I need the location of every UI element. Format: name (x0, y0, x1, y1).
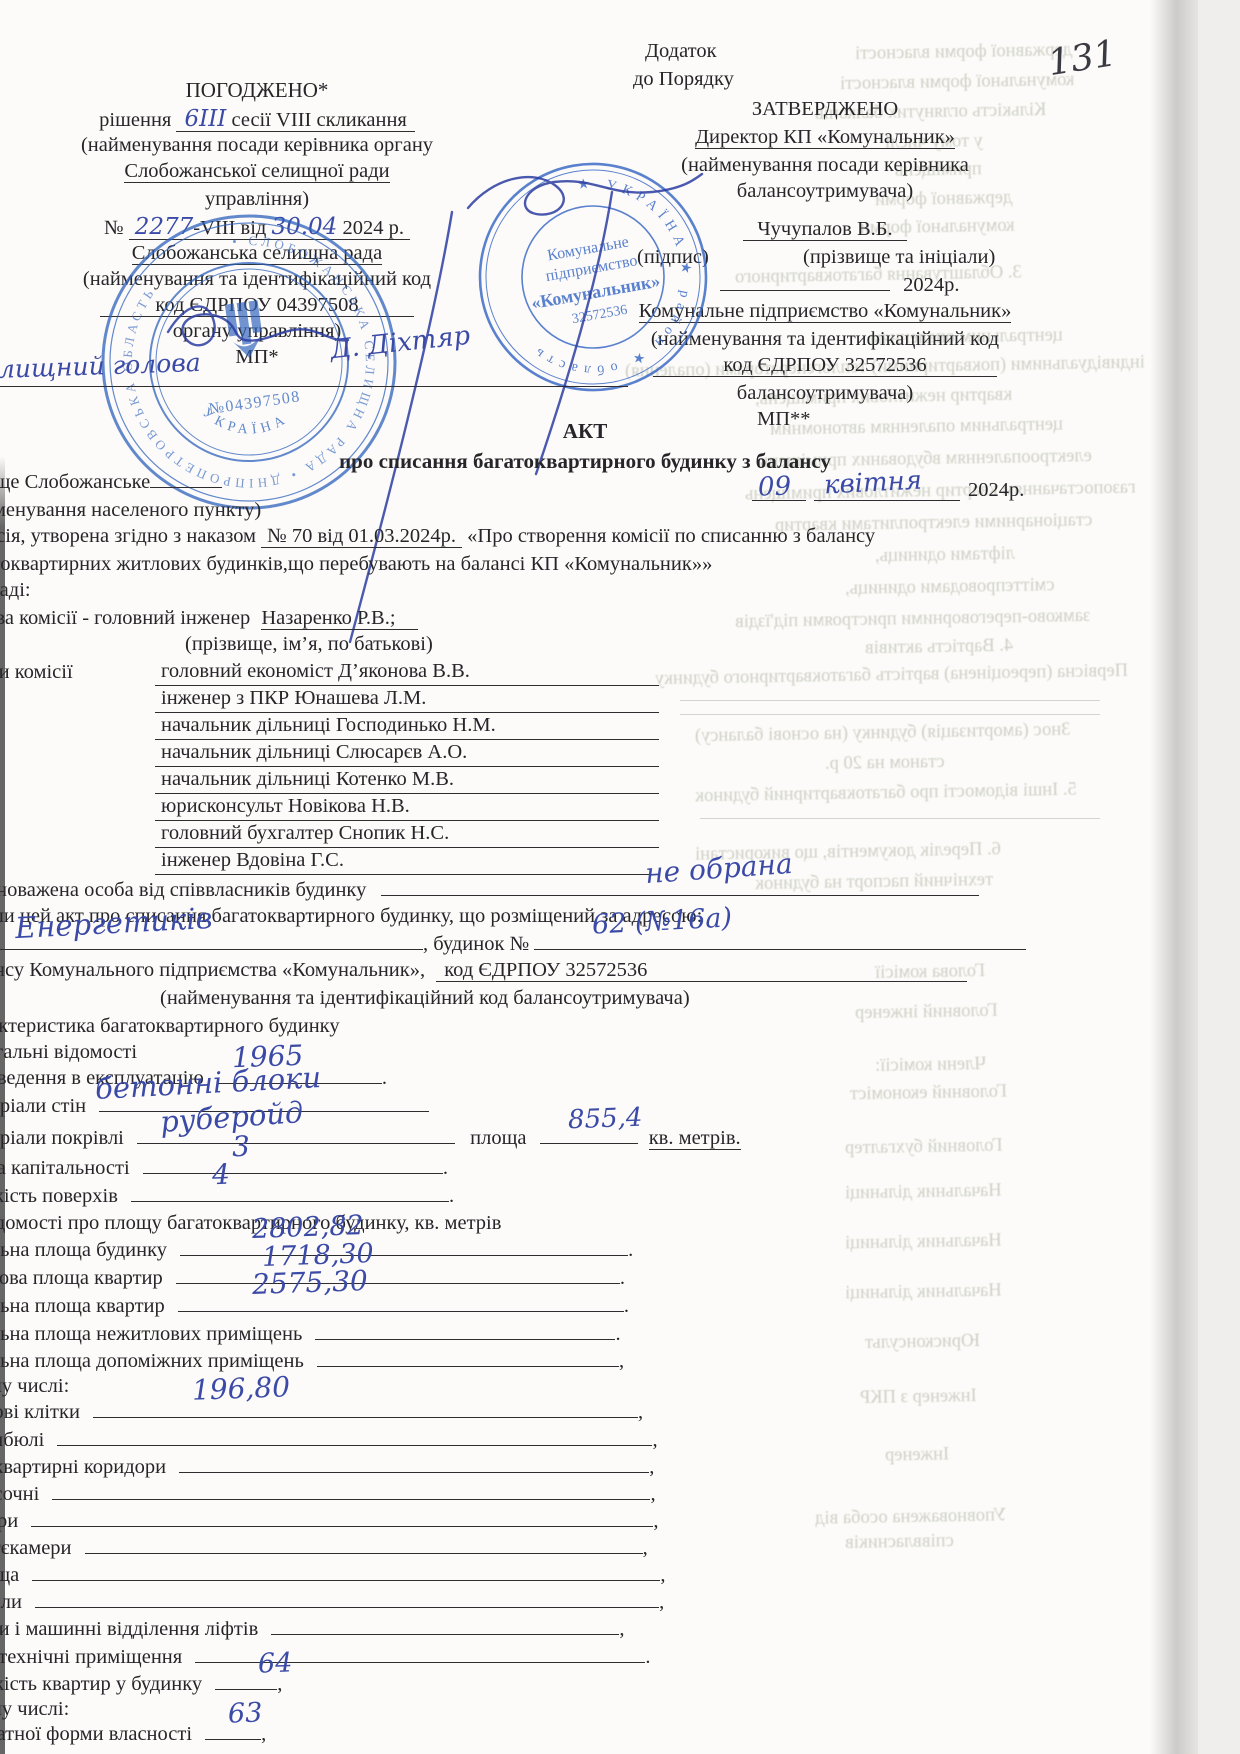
general-info-title: 1. Загальні відомості (0, 1040, 137, 1066)
scan-right-shadow (1150, 0, 1198, 1754)
area-label: загальна площа допоміжних приміщень (0, 1350, 304, 1372)
caption-name: (прізвище та ініціали) (803, 246, 995, 269)
members-label: Члени комісії (0, 660, 73, 686)
aux-line (32, 1566, 660, 1581)
tail: . (628, 1239, 633, 1261)
aux-label: колясочні (0, 1483, 39, 1505)
bleed-line: Уповноважена особа від (815, 1505, 1007, 1529)
aux-line (271, 1620, 619, 1635)
aux-line (57, 1431, 652, 1446)
tail: , (650, 1483, 655, 1505)
aux-label: горища (0, 1564, 19, 1586)
tail: . (624, 1295, 629, 1317)
company-name: Комунальне підприємство «Комунальник» (639, 300, 1012, 323)
aux-line (179, 1458, 649, 1473)
approved-year: 2024р. (903, 274, 959, 296)
bleed-line: станом на 20 р. (825, 752, 945, 775)
date-year: 2024р. (968, 478, 1024, 504)
decision-pre: рішення (99, 109, 171, 131)
area-label: житлова площа квартир (0, 1267, 163, 1289)
settlement-name: селище Слобожанське (0, 471, 150, 493)
floors-count-label: Кількість поверхів (0, 1185, 118, 1207)
intro-line2: багатоквартирних житлових будинків,що пе… (0, 552, 712, 578)
aux-label: сміттєкамери (0, 1537, 72, 1559)
commission-member: начальник дільниці Котенко М.В. (155, 768, 659, 794)
council-stamp-code: №04397508 (208, 388, 302, 418)
org-name: Слобожанської селищної ради (124, 160, 389, 183)
capital-group-line (143, 1159, 443, 1174)
settlement-caption: (найменування населеного пункту) (0, 498, 261, 524)
commission-member: начальник дільниці Господинько Н.М. (155, 714, 659, 740)
private-ownership-handwritten: 63 (227, 1697, 262, 1729)
aux-label: шахти і машинні відділення ліфтів (0, 1618, 258, 1640)
caption-company-id2: балансоутримувача) (545, 382, 1105, 405)
decision-post: сесії VIII скликання (231, 109, 406, 131)
date-blank-line (720, 276, 890, 291)
decision-session-handwritten: 6ІІІ (184, 106, 226, 132)
area-line (180, 1241, 628, 1256)
scan-right-margin (1198, 0, 1240, 1754)
caption-company-id1: (найменування та ідентифікаційний код (545, 328, 1105, 351)
bleed-rule (680, 700, 1100, 701)
aux-line (35, 1593, 659, 1608)
floors-count-line (131, 1187, 449, 1202)
commission-member: начальник дільниці Слюсарєв А.О. (155, 741, 659, 767)
bleed-line: 5. Інші відомості про багатоквартирний б… (695, 780, 1077, 808)
caption-org1: (найменування посади керівника органу (0, 134, 526, 157)
house-number-label: , будинок № (423, 933, 529, 955)
bleed-rule (680, 714, 1100, 715)
balance-holder-caption: (найменування та ідентифікаційний код ба… (160, 986, 690, 1012)
bleed-line: Юрисконсульт (865, 1331, 980, 1354)
decision-number-pre: № (104, 217, 124, 239)
tail: , (652, 1429, 657, 1451)
bleed-line: Головний інженер (855, 1001, 998, 1024)
area-line (176, 1269, 620, 1284)
aux-label: підвали (0, 1591, 22, 1613)
capital-group-handwritten: 3 (231, 1130, 250, 1164)
walls-material-label: Матеріали стін (0, 1095, 86, 1117)
date-month-handwritten: квітня (823, 465, 922, 500)
bleed-line: Головний бухгалтер (845, 1136, 1003, 1160)
including-label: у тому числі: (0, 1374, 69, 1400)
including-label2: у тому числі: (0, 1697, 69, 1723)
tail: . (645, 1646, 650, 1668)
caption-position2: балансоутримувача) (545, 180, 1105, 203)
area-line (315, 1325, 615, 1340)
settlement-blank (150, 473, 222, 488)
decision-date-handwritten: 30.04 (271, 214, 337, 240)
caption-council-id1: (найменування та ідентифікаційний код (0, 268, 526, 291)
area-line (178, 1297, 624, 1312)
aux-label: вестибюлі (0, 1429, 44, 1451)
bleed-line: сміттєпроводами одиниць, (845, 575, 1055, 600)
tail: , (619, 1618, 624, 1640)
council-name: Слобожанська селищна рада (132, 242, 382, 265)
bleed-line: Головний економіст (850, 1082, 1007, 1106)
tail: , (653, 1510, 658, 1532)
bleed-line: Члени комісії: (875, 1054, 987, 1077)
bleed-line: замково-переговорними пристроями під'їзд… (735, 606, 1091, 633)
bleed-line: Інженер (885, 1444, 950, 1466)
roof-area-units: кв. метрів. (649, 1127, 741, 1150)
total-apartments-area-handwritten: 2575,30 (251, 1264, 368, 1301)
area-label: загальна площа нежитлових приміщень (0, 1323, 302, 1345)
aux-label: сходові клітки (0, 1401, 80, 1423)
tail: . (382, 1067, 387, 1089)
aux-line (93, 1403, 638, 1418)
balance-holder-code: код ЄДРПОУ 32572536 (436, 959, 967, 982)
tail: . (449, 1185, 454, 1207)
apartments-count-label: Кількість квартир у будинку (0, 1673, 202, 1695)
director-name: Чучупалов В.Б. (743, 218, 906, 241)
authorized-person-label: уповноважена особа від співвласників буд… (0, 879, 366, 901)
bleed-line: співвласників (845, 1531, 954, 1554)
area-label: загальна площа будинку (0, 1239, 167, 1261)
aux-line (85, 1539, 643, 1554)
caption-org2: управління) (0, 188, 526, 211)
council-edrpou: код ЄДРПОУ 04397508 (100, 294, 413, 317)
mayor-position-handwritten: Селищний голова (0, 348, 201, 385)
commission-member: юрисконсульт Новікова Н.В. (155, 795, 659, 821)
bleed-line: ліфтами одиниць, (875, 544, 1015, 567)
decision-number-mid: -VIII від (193, 217, 266, 239)
tail: . (443, 1157, 448, 1179)
commission-head-name: Назаренко Р.В.; (261, 607, 417, 630)
commission-member: інженер Вдовіна Г.С. (155, 849, 659, 875)
bleed-line: Начальник дільниці (845, 1181, 1002, 1205)
bleed-rule (700, 818, 1100, 819)
caption-position1: (найменування посади керівника (545, 154, 1105, 177)
aux-label: позаквартирні коридори (0, 1456, 166, 1478)
commission-member: інженер з ПКР Юнашева Л.М. (155, 687, 659, 713)
bleed-line: Начальник дільниці (845, 1231, 1002, 1255)
balance-holder-pre: балансу Комунального підприємства «Комун… (0, 959, 425, 981)
bleed-line: Знос (амортизація) будинку (на основі ба… (695, 720, 1071, 748)
decision-number-post: 2024 р. (342, 217, 404, 239)
caption-signature: (підпис) (637, 246, 709, 269)
apartments-count-handwritten: 64 (257, 1647, 292, 1679)
tail: , (660, 1564, 665, 1586)
private-ownership-label: приватної форми власності (0, 1723, 192, 1745)
scanned-document-page: державної форми власності комунальної фо… (0, 0, 1240, 1754)
intro-line1-pre: Комісія, утворена згідно з наказом (0, 525, 256, 547)
roof-area-handwritten: 855,4 (567, 1103, 642, 1136)
company-edrpou: код ЄДРПОУ 32572536 (653, 354, 996, 377)
date-day-handwritten: 09 (757, 471, 791, 502)
tail: . (620, 1267, 625, 1289)
bleed-line: Інженер з ПКР (860, 1386, 977, 1409)
mayor-signature-line (0, 386, 628, 387)
roof-material-label: Матеріали покрівлі (0, 1127, 124, 1149)
bleed-line: Первісна (переоцінена) вартість багатокв… (655, 661, 1128, 690)
decision-number-handwritten: 2277 (135, 214, 194, 240)
intro-line3: у складі: (0, 578, 31, 604)
area-line (317, 1352, 619, 1367)
tail: . (615, 1323, 620, 1345)
roof-area-label: площа (470, 1127, 526, 1149)
tail: , (649, 1456, 654, 1478)
aux-label: інші технічні приміщення (0, 1646, 182, 1668)
characteristics-title: Характеристика багатоквартирного будинку (0, 1014, 340, 1040)
annex-line1: Додаток (545, 40, 1205, 63)
tail: , (659, 1591, 664, 1613)
director-position: Директор КП «Комунальник» (695, 126, 955, 149)
commission-member: головний бухгалтер Снопик Н.С. (155, 822, 659, 848)
commission-member: головний економіст Д’яконова В.В. (155, 660, 659, 686)
tail: , (619, 1350, 624, 1372)
floors-count-handwritten: 4 (211, 1158, 230, 1192)
act-title: АКТ (0, 418, 1170, 444)
bleed-line: 4. Вартість активів (865, 636, 1014, 660)
intro-line1-post: «Про створення комісії по списанню з бал… (467, 525, 875, 547)
agreed-title: ПОГОДЖЕНО* (0, 78, 526, 103)
capital-group-label: Група капітальності (0, 1157, 130, 1179)
annex-line2: до Порядку (545, 68, 1193, 91)
aux-line (52, 1485, 650, 1500)
commission-head-label: Голова комісії - головний інженер (0, 607, 250, 629)
area-label: загальна площа квартир (0, 1295, 165, 1317)
aux-label: комори (0, 1510, 18, 1532)
bleed-line: Начальник дільниці (845, 1281, 1002, 1305)
tail: , (638, 1401, 643, 1423)
order-reference: № 70 від 01.03.2024р. (261, 525, 462, 548)
head-name-caption: (прізвище, ім’я, по батькові) (185, 632, 433, 658)
tail: , (643, 1537, 648, 1559)
stairwells-area-handwritten: 196,80 (191, 1370, 290, 1406)
aux-line (31, 1512, 653, 1527)
approved-title: ЗАТВЕРДЖЕНО (545, 98, 1105, 121)
